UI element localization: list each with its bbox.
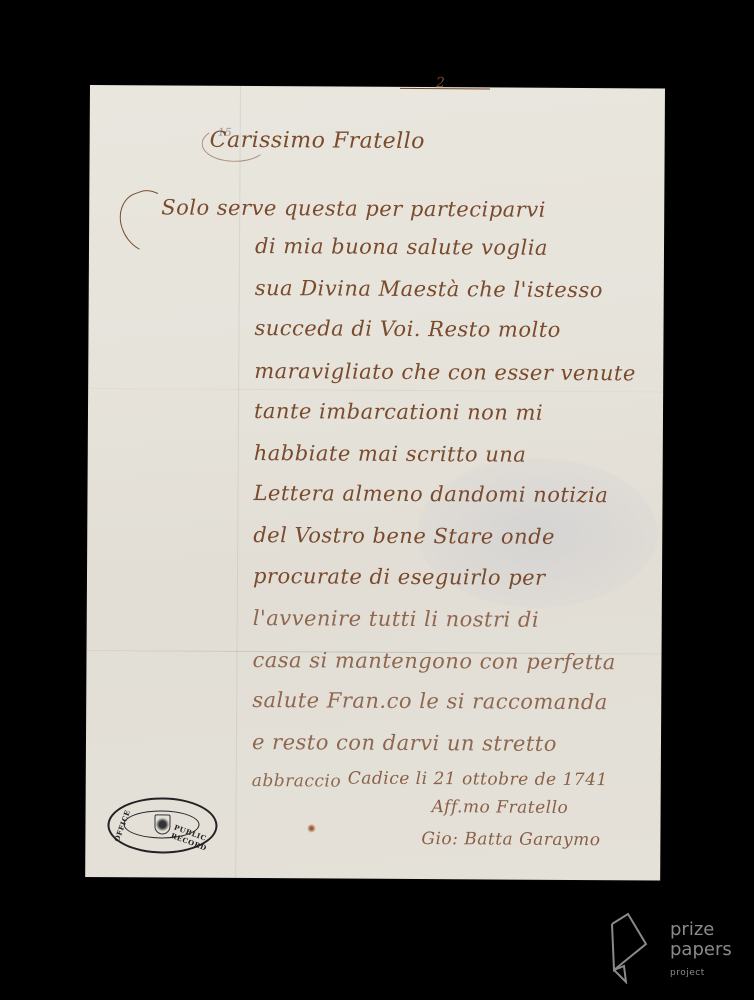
letter-page: 2 15 Carissimo Fratello Solo serve quest… [85, 85, 665, 880]
signature: Gio: Batta Garaymo [421, 829, 600, 850]
body-line: e resto con darvi un stretto [252, 730, 557, 756]
body-line: del Vostro bene Stare onde [253, 523, 555, 549]
body-line: di mia buona salute voglia [255, 234, 548, 260]
body-line: l'avvenire tutti li nostri di [253, 606, 540, 632]
logo-wordmark: prize papers [670, 920, 732, 960]
logo-line-papers: papers [670, 940, 732, 960]
body-line: tante imbarcationi non mi [254, 399, 543, 425]
rust-spot [307, 823, 315, 833]
folded-paper-icon [606, 912, 650, 984]
body-line: salute Fran.co le si raccomanda [252, 688, 608, 714]
public-record-office-stamp: OFFICE PUBLIC RECORD [107, 797, 217, 854]
salutation: Carissimo Fratello [210, 128, 425, 154]
body-line: sua Divina Maestà che l'istesso [255, 276, 603, 302]
body-line: maravigliato che con esser venute [254, 359, 636, 385]
logo-line-prize: prize [670, 920, 732, 940]
prize-papers-logo: prize papers project [600, 900, 750, 990]
body-line: succeda di Voi. Resto molto [254, 316, 560, 342]
body-line: Solo serve questa per parteciparvi [161, 195, 546, 221]
crest-icon [154, 814, 170, 834]
place-date: Cadice li 21 ottobre de 1741 [348, 769, 608, 791]
horizontal-fold [88, 388, 663, 393]
body-line: casa si mantengono con perfetta [252, 648, 615, 674]
page-number-mark: 2 [400, 88, 490, 91]
closing-word: abbraccio [252, 771, 342, 792]
body-line: procurate di eseguirlo per [253, 564, 546, 590]
valediction: Aff.mo Fratello [432, 797, 569, 818]
logo-subtitle: project [670, 968, 705, 978]
body-line: habbiate mai scritto una [254, 441, 527, 467]
body-line: Lettera almeno dandomi notizia [253, 481, 608, 507]
